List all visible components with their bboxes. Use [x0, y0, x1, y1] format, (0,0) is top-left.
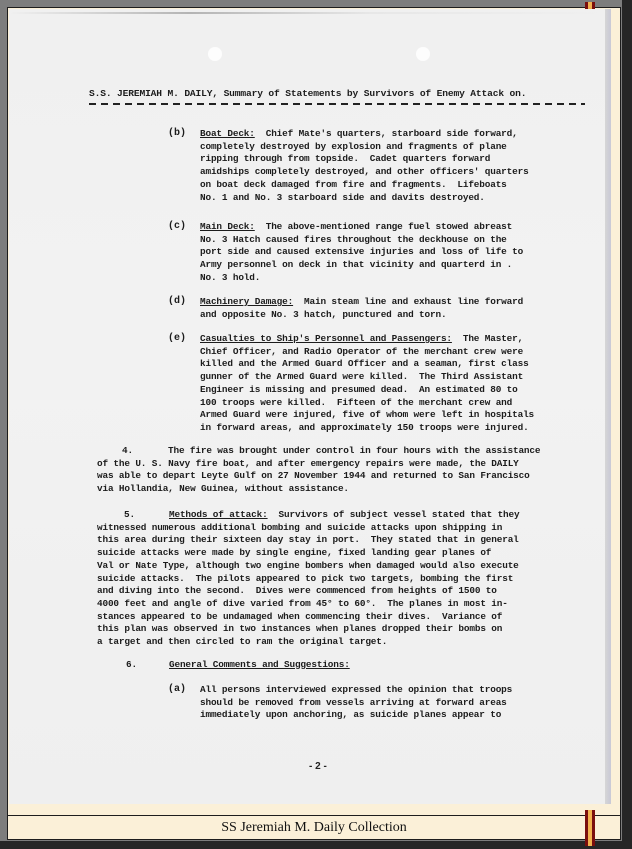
section-boat-deck: Boat Deck: Chief Mate's quarters, starbo…: [200, 128, 529, 204]
section-general-comments-a: All persons interviewed expressed the op…: [200, 684, 512, 722]
section-casualties: Casualties to Ship's Personnel and Passe…: [200, 333, 534, 435]
page-number: - 2 -: [309, 761, 327, 772]
section-heading: Boat Deck:: [200, 128, 255, 139]
section-heading: General Comments and Suggestions:: [169, 659, 350, 672]
item-label: (a): [168, 684, 186, 695]
section-main-deck: Main Deck: The above-mentioned range fue…: [200, 221, 523, 285]
section-machinery-damage: Machinery Damage: Main steam line and ex…: [200, 296, 523, 321]
ribbon-top-decoration: [585, 2, 595, 9]
section-heading: Methods of attack:: [97, 509, 268, 520]
section-heading: Machinery Damage:: [200, 296, 293, 307]
document-scan: S.S. JEREMIAH M. DAILY, Summary of State…: [9, 9, 611, 804]
paragraph-number: 6.: [126, 659, 137, 672]
item-label: (c): [168, 221, 186, 232]
punch-hole: [416, 47, 430, 61]
header-dash-rule: [89, 103, 585, 105]
scan-edge-line: [9, 12, 611, 14]
ribbon-bottom-decoration: [585, 810, 595, 846]
collection-caption: SS Jeremiah M. Daily Collection: [8, 816, 620, 839]
section-heading: Casualties to Ship's Personnel and Passe…: [200, 333, 452, 344]
item-label: (b): [168, 128, 186, 139]
item-label: (e): [168, 333, 186, 344]
paragraph-5: Methods of attack: Survivors of subject …: [97, 509, 519, 649]
paragraph-4: The fire was brought under control in fo…: [97, 445, 540, 496]
item-label: (d): [168, 296, 186, 307]
caption-bar: SS Jeremiah M. Daily Collection: [7, 815, 621, 840]
section-heading: Main Deck:: [200, 221, 255, 232]
punch-hole: [208, 47, 222, 61]
document-header: S.S. JEREMIAH M. DAILY, Summary of State…: [89, 88, 526, 101]
